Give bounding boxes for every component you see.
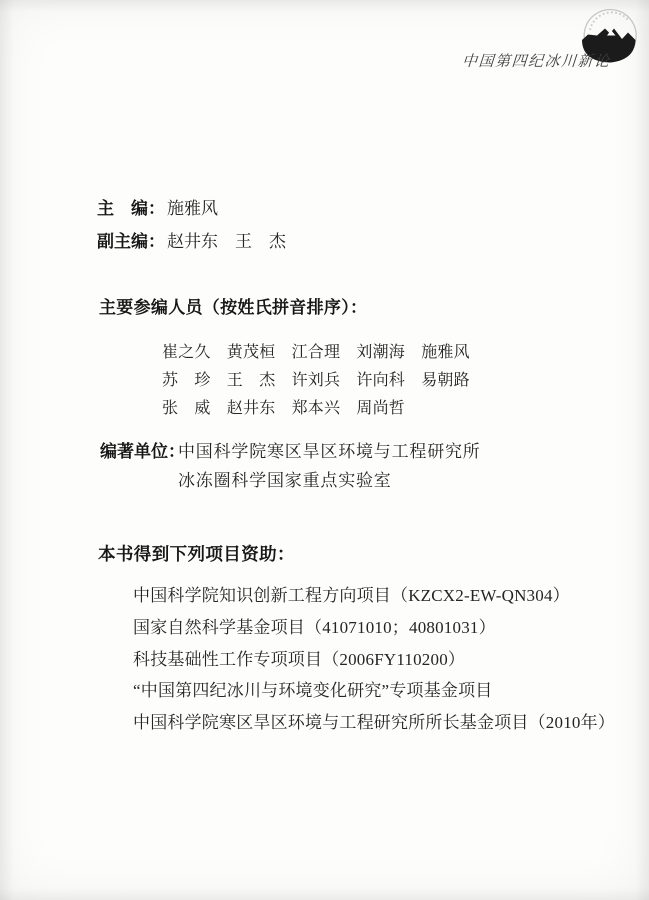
- contributors-row: 苏 珍 王 杰 许刘兵 许向科 易朝路: [162, 371, 470, 391]
- funding-item: 中国科学院知识创新工程方向项目（KZCX2-EW-QN304）: [133, 585, 570, 607]
- running-title: 中国第四纪冰川新论: [461, 53, 611, 72]
- funding-item: 国家自然科学基金项目（41071010；40801031）: [133, 617, 496, 639]
- chief-editor-name: 施雅风: [167, 199, 218, 218]
- affiliation-institute: 中国科学院寒区旱区环境与工程研究所: [178, 441, 481, 463]
- deputy-editor-line: 副主编：赵井东 王 杰: [97, 231, 286, 253]
- chief-editor-line: 主 编：施雅风: [97, 198, 218, 220]
- affiliation-laboratory: 冰冻圈科学国家重点实验室: [178, 470, 392, 492]
- deputy-editor-label: 副主编：: [97, 232, 165, 251]
- chief-editor-label: 主 编：: [97, 199, 165, 218]
- book-copyright-page: 中国第四纪冰川新论 主 编：施雅风 副主编：赵井东 王 杰 主要参编人员（按姓氏…: [0, 0, 649, 900]
- funding-item: 科技基础性工作专项项目（2006FY110200）: [133, 649, 465, 671]
- funding-item: “中国第四纪冰川与环境变化研究”专项基金项目: [133, 680, 493, 702]
- funding-heading: 本书得到下列项目资助：: [98, 543, 295, 565]
- contributors-heading: 主要参编人员（按姓氏拼音排序）：: [99, 297, 367, 319]
- contributors-row: 张 威 赵井东 郑本兴 周尚哲: [162, 399, 405, 419]
- deputy-editor-names: 赵井东 王 杰: [167, 232, 286, 251]
- affiliation-label: 编著单位：: [100, 441, 185, 463]
- contributors-row: 崔之久 黄茂桓 江合理 刘潮海 施雅风: [162, 343, 470, 363]
- funding-item: 中国科学院寒区旱区环境与工程研究所所长基金项目（2010年）: [133, 712, 615, 734]
